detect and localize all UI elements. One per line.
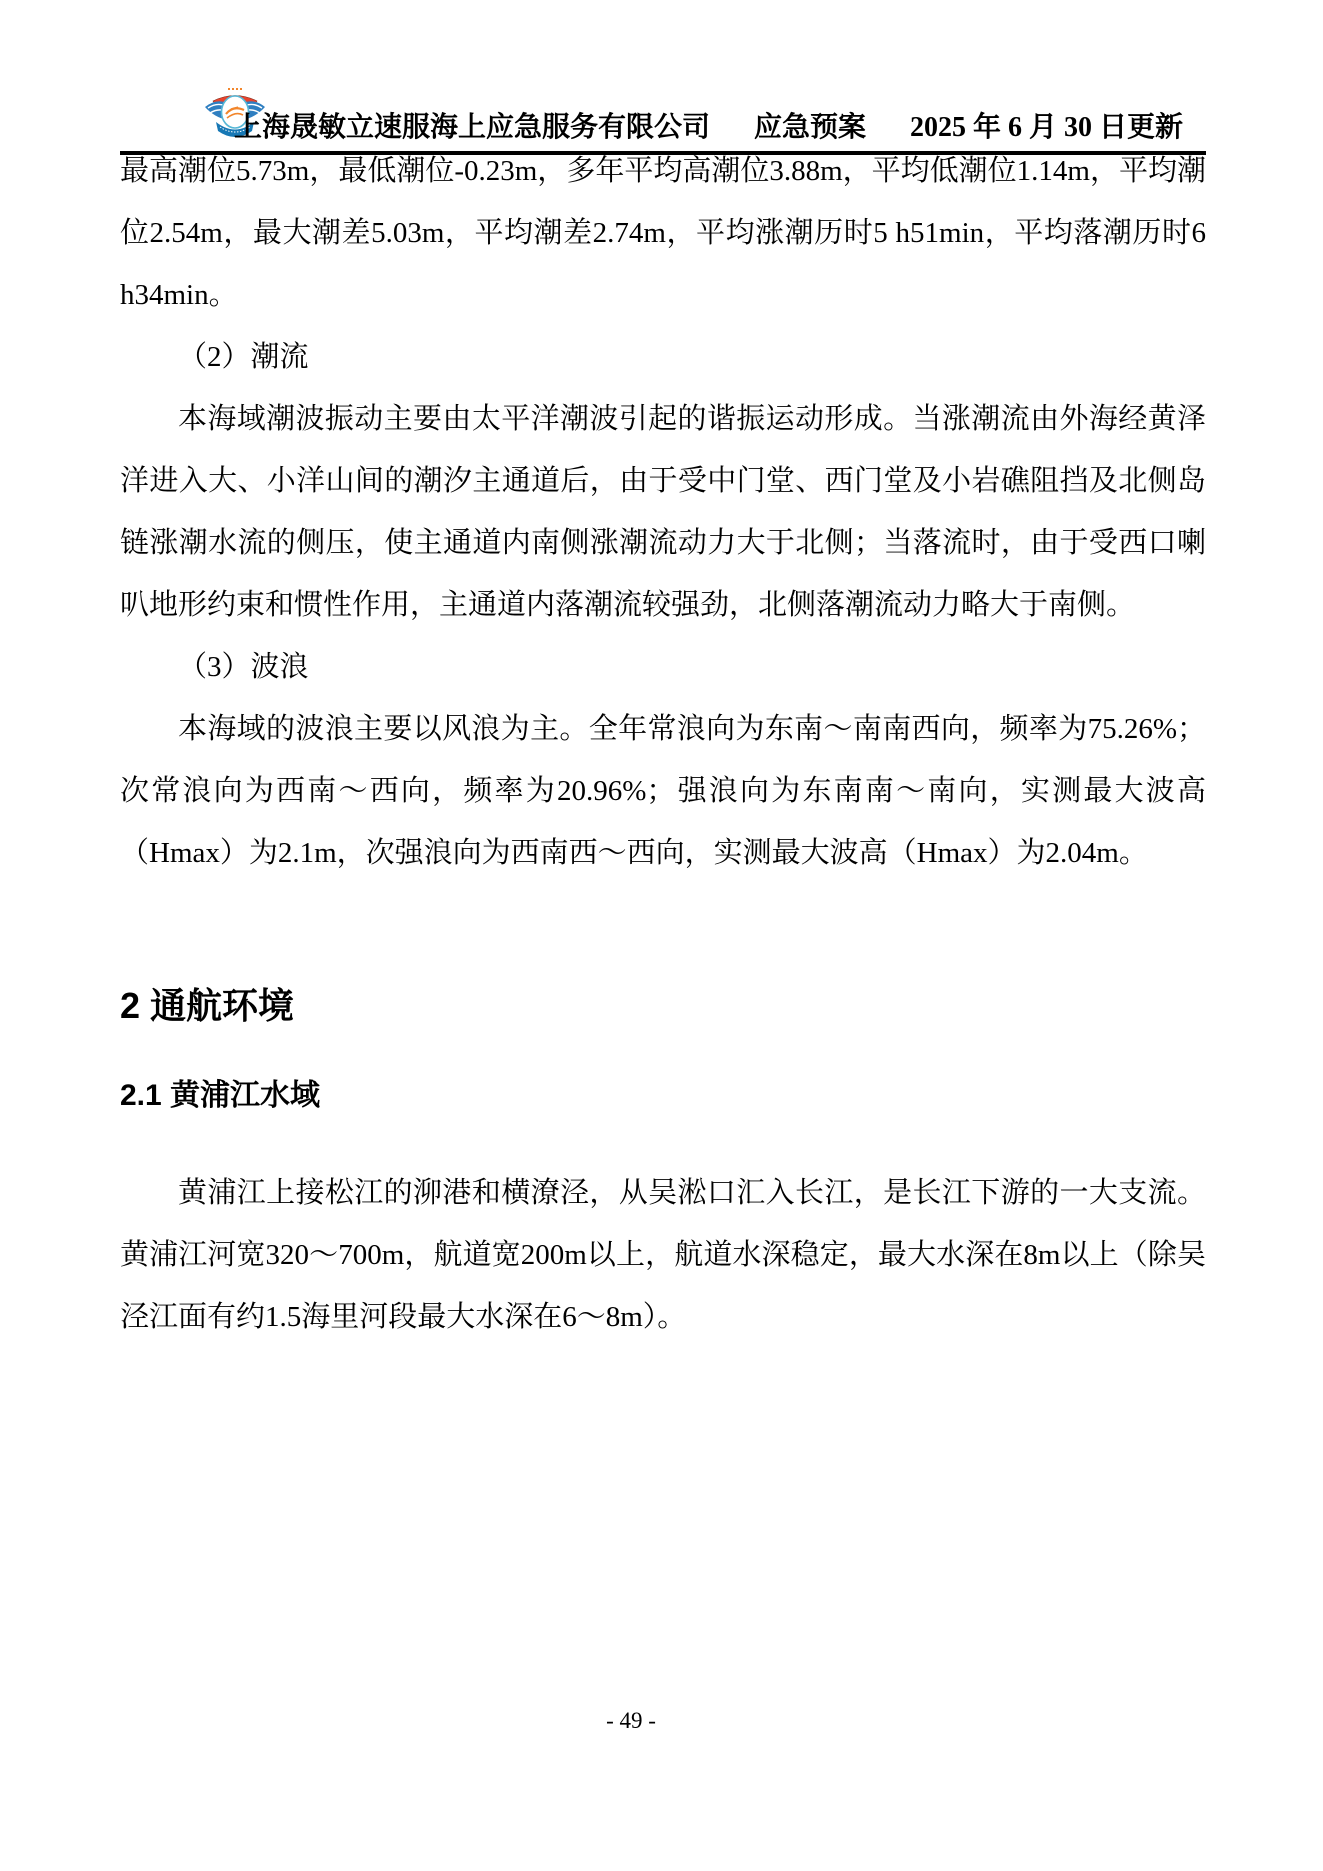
document-page: 上海晟敏立速服海上应急服务有限公司 应急预案 2025 年 6 月 30 日更新… <box>0 0 1323 1871</box>
header-text-row: 上海晟敏立速服海上应急服务有限公司 应急预案 2025 年 6 月 30 日更新 <box>234 105 1204 145</box>
section-2-heading: 2 通航环境 <box>120 984 1206 1028</box>
page-header: 上海晟敏立速服海上应急服务有限公司 应急预案 2025 年 6 月 30 日更新 <box>120 0 1206 155</box>
document-body: 最高潮位5.73m，最低潮位-0.23m，多年平均高潮位3.88m，平均低潮位1… <box>120 140 1206 1348</box>
header-doc-type: 应急预案 <box>754 105 866 145</box>
list-item-3-waves: （3）波浪 <box>120 636 1206 698</box>
header-company-name: 上海晟敏立速服海上应急服务有限公司 <box>234 105 710 145</box>
header-updated-date: 2025 年 6 月 30 日更新 <box>910 105 1183 145</box>
page-number: - 49 - <box>606 1708 656 1733</box>
list-item-2-tidal-current: （2）潮流 <box>120 326 1206 388</box>
page-footer: - 49 - <box>0 1708 1262 1734</box>
paragraph-tidal-current: 本海域潮波振动主要由太平洋潮波引起的谐振运动形成。当涨潮流由外海经黄泽洋进入大、… <box>120 388 1206 636</box>
paragraph-huangpu-river: 黄浦江上接松江的泖港和横潦泾，从吴淞口汇入长江，是长江下游的一大支流。黄浦江河宽… <box>120 1162 1206 1348</box>
section-2-1-heading: 2.1 黄浦江水域 <box>120 1078 1206 1114</box>
paragraph-waves: 本海域的波浪主要以风浪为主。全年常浪向为东南～南南西向，频率为75.26%；次常… <box>120 698 1206 884</box>
paragraph-tide-levels: 最高潮位5.73m，最低潮位-0.23m，多年平均高潮位3.88m，平均低潮位1… <box>120 140 1206 326</box>
